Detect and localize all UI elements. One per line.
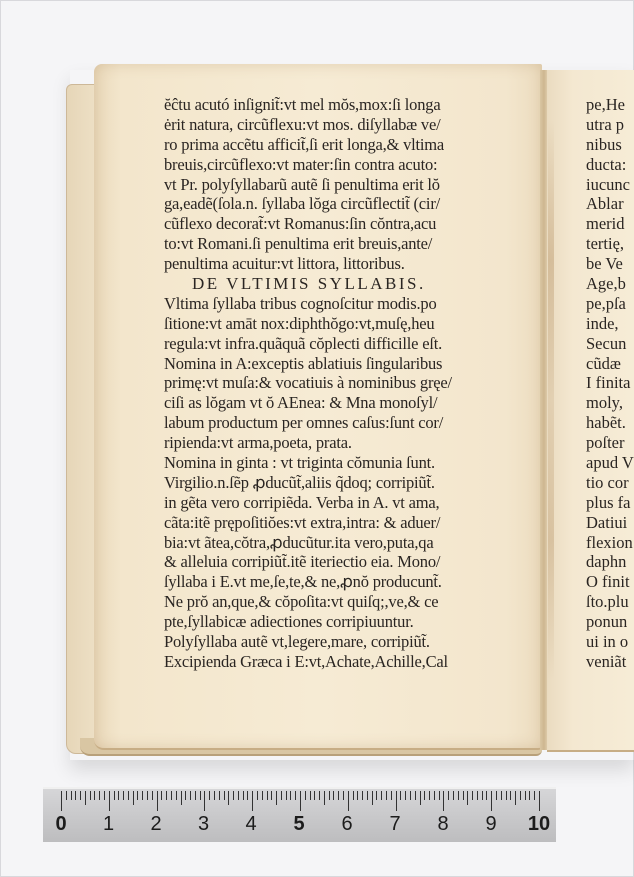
text-line: cãta:itẽ prępoſitiŏes:vt extra,intra: & … <box>164 513 514 533</box>
ruler-tick <box>506 791 507 800</box>
ruler-tick <box>372 791 373 805</box>
text-line: ėrit natura, circũflexu:vt mos. diſyllab… <box>164 115 514 135</box>
ruler-label: 7 <box>389 813 400 836</box>
text-line: regula:vt infra.quãquã cŏplecti difficil… <box>164 334 514 354</box>
text-line: in gẽta vero corripiẽda. Verba in A. vt … <box>164 493 514 513</box>
text-line: ripienda:vt arma,poeta, prata. <box>164 433 514 453</box>
ruler-tick <box>75 791 76 800</box>
text-line: bia:vt ãtea,cŏtra,ꝓducũtur.ita vero,puta… <box>164 533 514 553</box>
ruler-tick <box>118 791 119 800</box>
water-stain <box>548 120 554 680</box>
text-line: primę:vt muſa:& vocatiuis à nominibus gr… <box>164 373 514 393</box>
ruler-tick <box>267 791 268 800</box>
text-line: pe,pſa <box>586 294 634 314</box>
text-line: tertię, <box>586 234 634 254</box>
ruler-tick <box>448 791 449 800</box>
text-line: utra p <box>586 115 634 135</box>
ruler-tick <box>453 791 454 800</box>
ruler-tick <box>463 791 464 800</box>
ruler-label: 9 <box>485 813 496 836</box>
ruler-tick <box>276 791 277 805</box>
ruler-tick <box>295 791 296 800</box>
ruler-tick <box>348 791 349 811</box>
text-line: ſto.plu <box>586 592 634 612</box>
ruler-tick <box>405 791 406 800</box>
text-line: poſter <box>586 433 634 453</box>
ruler-tick <box>252 791 253 811</box>
ruler-tick <box>176 791 177 800</box>
ruler-tick <box>515 791 516 805</box>
text-line: Secun <box>586 334 634 354</box>
ruler-tick <box>338 791 339 800</box>
ruler-tick <box>80 791 81 800</box>
ruler-tick <box>142 791 143 800</box>
ruler-tick <box>367 791 368 800</box>
text-line: Nomina in A:exceptis ablatiuis ſingulari… <box>164 354 514 374</box>
ruler-tick <box>415 791 416 800</box>
text-line: merid <box>586 214 634 234</box>
text-line: inde, <box>586 314 634 334</box>
ruler-tick <box>410 791 411 800</box>
ruler-label: 0 <box>55 813 66 836</box>
text-line: ciſi as lŏgam vt ŏ AEnea: & Mna monoſyl/ <box>164 393 514 413</box>
text-line: ducta: <box>586 155 634 175</box>
ruler-tick <box>61 791 62 811</box>
text-line: breuis,circũflexo:vt mater:ſin contra ac… <box>164 155 514 175</box>
ruler-tick <box>353 791 354 800</box>
ruler-tick <box>200 791 201 800</box>
ruler-tick <box>66 791 67 800</box>
ruler-tick <box>439 791 440 800</box>
ruler-tick <box>305 791 306 800</box>
ruler-tick <box>482 791 483 800</box>
text-line: I finita <box>586 373 634 393</box>
text-line: veniãt <box>586 652 634 672</box>
ruler-tick <box>214 791 215 800</box>
ruler-tick <box>486 791 487 800</box>
text-line: apud V <box>586 453 634 473</box>
ruler-tick <box>300 791 301 811</box>
ruler-tick <box>357 791 358 800</box>
text-line: nibus <box>586 135 634 155</box>
ruler-label: 10 <box>528 813 550 836</box>
text-line: Virgilio.n.ſẽp ꝓducũt̃,aliis q̃doq; corr… <box>164 473 514 493</box>
text-line: daphn <box>586 552 634 572</box>
text-line: ſyllaba i E.vt me,ſe,te,& ne,ꝓnŏ producu… <box>164 572 514 592</box>
ruler-tick <box>247 791 248 800</box>
ruler-tick <box>525 791 526 800</box>
ruler-tick <box>104 791 105 800</box>
text-line: plus fa <box>586 493 634 513</box>
ruler-tick <box>324 791 325 805</box>
ruler-tick <box>477 791 478 800</box>
text-line: Ablar <box>586 194 634 214</box>
ruler-tick <box>271 791 272 800</box>
text-line: ga,eadẽ(ſola.n. ſyllaba lŏga circũflecti… <box>164 194 514 214</box>
right-page-text: pe,He utra p nibus ducta: iucunc Ablar m… <box>586 95 634 672</box>
ruler-tick <box>281 791 282 800</box>
text-line: Datiui <box>586 513 634 533</box>
ruler-tick <box>185 791 186 800</box>
ruler-label: 2 <box>150 813 161 836</box>
text-line: labum productum per omnes caſus:ſunt cor… <box>164 413 514 433</box>
ruler-label: 1 <box>103 813 114 836</box>
ruler-tick <box>99 791 100 800</box>
ruler-tick <box>233 791 234 800</box>
ruler-tick <box>123 791 124 800</box>
ruler-tick <box>534 791 535 800</box>
ruler-tick <box>333 791 334 800</box>
text-line: ponun <box>586 612 634 632</box>
ruler-tick <box>496 791 497 800</box>
ruler-tick <box>204 791 205 811</box>
ruler-tick <box>319 791 320 800</box>
ruler-tick <box>539 791 540 811</box>
ruler-tick <box>114 791 115 800</box>
ruler-tick <box>310 791 311 800</box>
text-line: moly, <box>586 393 634 413</box>
ruler-label: 5 <box>293 813 304 836</box>
ruler-tick <box>152 791 153 800</box>
ruler-tick <box>286 791 287 800</box>
ruler-tick <box>510 791 511 800</box>
text-line: cũdæ <box>586 354 634 374</box>
ruler-tick <box>157 791 158 811</box>
text-line: iucunc <box>586 175 634 195</box>
ruler-tick <box>400 791 401 800</box>
ruler-label: 4 <box>245 813 256 836</box>
ruler-tick <box>467 791 468 805</box>
ruler-tick <box>137 791 138 800</box>
text-line: tio cor <box>586 473 634 493</box>
text-line: ĕĉtu acutó inſignit̃:vt mel mŏs,mox:ſi l… <box>164 95 514 115</box>
ruler-tick <box>147 791 148 800</box>
ruler-tick <box>424 791 425 800</box>
ruler-tick <box>314 791 315 800</box>
text-line: Excipienda Græca i E:vt,Achate,Achille,C… <box>164 652 514 672</box>
ruler-tick <box>224 791 225 800</box>
text-line: to:vt Romani.ſi penultima erit breuis,an… <box>164 234 514 254</box>
ruler-label: 8 <box>437 813 448 836</box>
text-line: & alleluia corripiũt̃.itẽ iteriectio eia… <box>164 552 514 572</box>
text-line: cũflexo decorat̃:vt Romanus:ſin cŏntra,a… <box>164 214 514 234</box>
ruler-tick <box>458 791 459 800</box>
ruler-tick <box>491 791 492 811</box>
text-line: penultima acuitur:vt littora, littoribus… <box>164 254 514 274</box>
ruler-tick <box>128 791 129 800</box>
ruler-tick <box>443 791 444 811</box>
ruler-tick <box>501 791 502 800</box>
ruler-tick <box>420 791 421 805</box>
ruler-tick <box>329 791 330 800</box>
ruler-tick <box>262 791 263 800</box>
ruler-tick <box>238 791 239 800</box>
text-line: be Ve <box>586 254 634 274</box>
ruler-label: 6 <box>341 813 352 836</box>
ruler-tick <box>181 791 182 805</box>
text-line: ro prima accẽtu afficit̃,ſi erit longa,&… <box>164 135 514 155</box>
ruler-tick <box>429 791 430 800</box>
ruler-tick <box>243 791 244 800</box>
text-line: Ne prŏ an,que,& cŏpoſita:vt quiſq;,ve,& … <box>164 592 514 612</box>
ruler-tick <box>195 791 196 800</box>
ruler-tick <box>529 791 530 800</box>
ruler-tick <box>343 791 344 800</box>
scale-ruler: 0 1 2 3 4 5 6 7 8 9 10 <box>43 787 556 842</box>
text-line: vt Pr. polyſyllabarũ autẽ ſi penultima e… <box>164 175 514 195</box>
ruler-tick <box>71 791 72 800</box>
text-line: flexion <box>586 533 634 553</box>
ruler-tick <box>396 791 397 811</box>
text-line: ſitione:vt amāt nox:diphthŏgo:vt,muſę,he… <box>164 314 514 334</box>
text-line: pe,He <box>586 95 634 115</box>
ruler-tick <box>109 791 110 811</box>
section-heading: DE VLTIMIS SYLLABIS. <box>164 274 514 294</box>
text-line: habẽt. <box>586 413 634 433</box>
ruler-tick <box>190 791 191 800</box>
ruler-tick <box>85 791 86 805</box>
ruler-tick <box>472 791 473 800</box>
ruler-tick <box>362 791 363 800</box>
text-line: Polyſyllaba autẽ vt,legere,mare, corripi… <box>164 632 514 652</box>
text-line: Age,b <box>586 274 634 294</box>
text-line: pte,ſyllabicæ adiectiones corripiuuntur. <box>164 612 514 632</box>
ruler-tick <box>376 791 377 800</box>
ruler-tick <box>391 791 392 800</box>
ruler-tick <box>166 791 167 800</box>
text-line: Vltima ſyllaba tribus cognoſcitur modis.… <box>164 294 514 314</box>
ruler-tick <box>94 791 95 800</box>
ruler-tick <box>386 791 387 800</box>
ruler-tick <box>381 791 382 800</box>
left-page-text: ĕĉtu acutó inſignit̃:vt mel mŏs,mox:ſi l… <box>164 95 514 672</box>
ruler-tick <box>171 791 172 800</box>
ruler-tick <box>90 791 91 800</box>
text-line: ui in o <box>586 632 634 652</box>
text-line: Nomina in ginta : vt triginta cŏmunia ſu… <box>164 453 514 473</box>
ruler-tick <box>257 791 258 800</box>
ruler-tick <box>133 791 134 805</box>
ruler-label: 3 <box>198 813 209 836</box>
ruler-tick <box>434 791 435 800</box>
ruler-tick <box>161 791 162 800</box>
ruler-tick <box>219 791 220 800</box>
ruler-tick <box>209 791 210 800</box>
text-line: O finit <box>586 572 634 592</box>
ruler-tick <box>228 791 229 805</box>
ruler-tick <box>290 791 291 800</box>
ruler-tick <box>520 791 521 800</box>
